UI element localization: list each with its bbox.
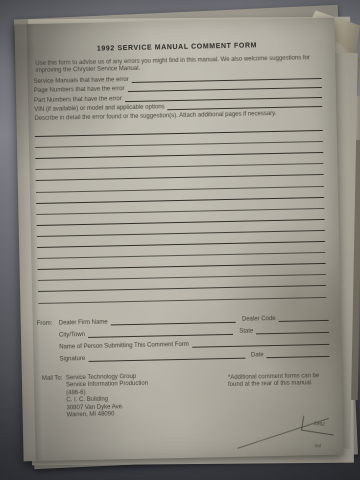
blank-ruled-lines (35, 120, 327, 303)
photo-of-paper-stack: 1992 SERVICE MANUAL COMMENT FORM Use thi… (0, 0, 360, 480)
address-line: Warren, MI 48090 (67, 411, 149, 420)
mailing-address: Service Technology Group Service Informa… (66, 373, 149, 420)
comment-form-page: 1992 SERVICE MANUAL COMMENT FORM Use thi… (14, 18, 343, 462)
dealer-code-label: Dealer Code (242, 315, 276, 322)
fill-in-line (267, 354, 330, 357)
city-town-label: City/Town (59, 331, 85, 338)
signature-label: Signature (59, 355, 85, 362)
fill-in-line (88, 356, 245, 361)
from-section: From: Dealer Firm Name Dealer Code City/… (37, 308, 330, 362)
form-title: 1992 SERVICE MANUAL COMMENT FORM (31, 41, 323, 54)
date-label: Date (251, 352, 264, 358)
form-content: 1992 SERVICE MANUAL COMMENT FORM Use thi… (31, 28, 332, 453)
corner-text-fragment: ool (314, 443, 321, 450)
from-label: From: (37, 320, 53, 326)
dealer-firm-name-label: Dealer Firm Name (59, 319, 108, 326)
mail-to-label: Mail To: (42, 375, 67, 421)
additional-forms-note: *Additional comment forms can be found a… (228, 373, 324, 390)
field-label: VIN (if available) or model and applicab… (34, 104, 165, 113)
fill-in-line (168, 105, 323, 110)
state-label: State (239, 328, 253, 334)
